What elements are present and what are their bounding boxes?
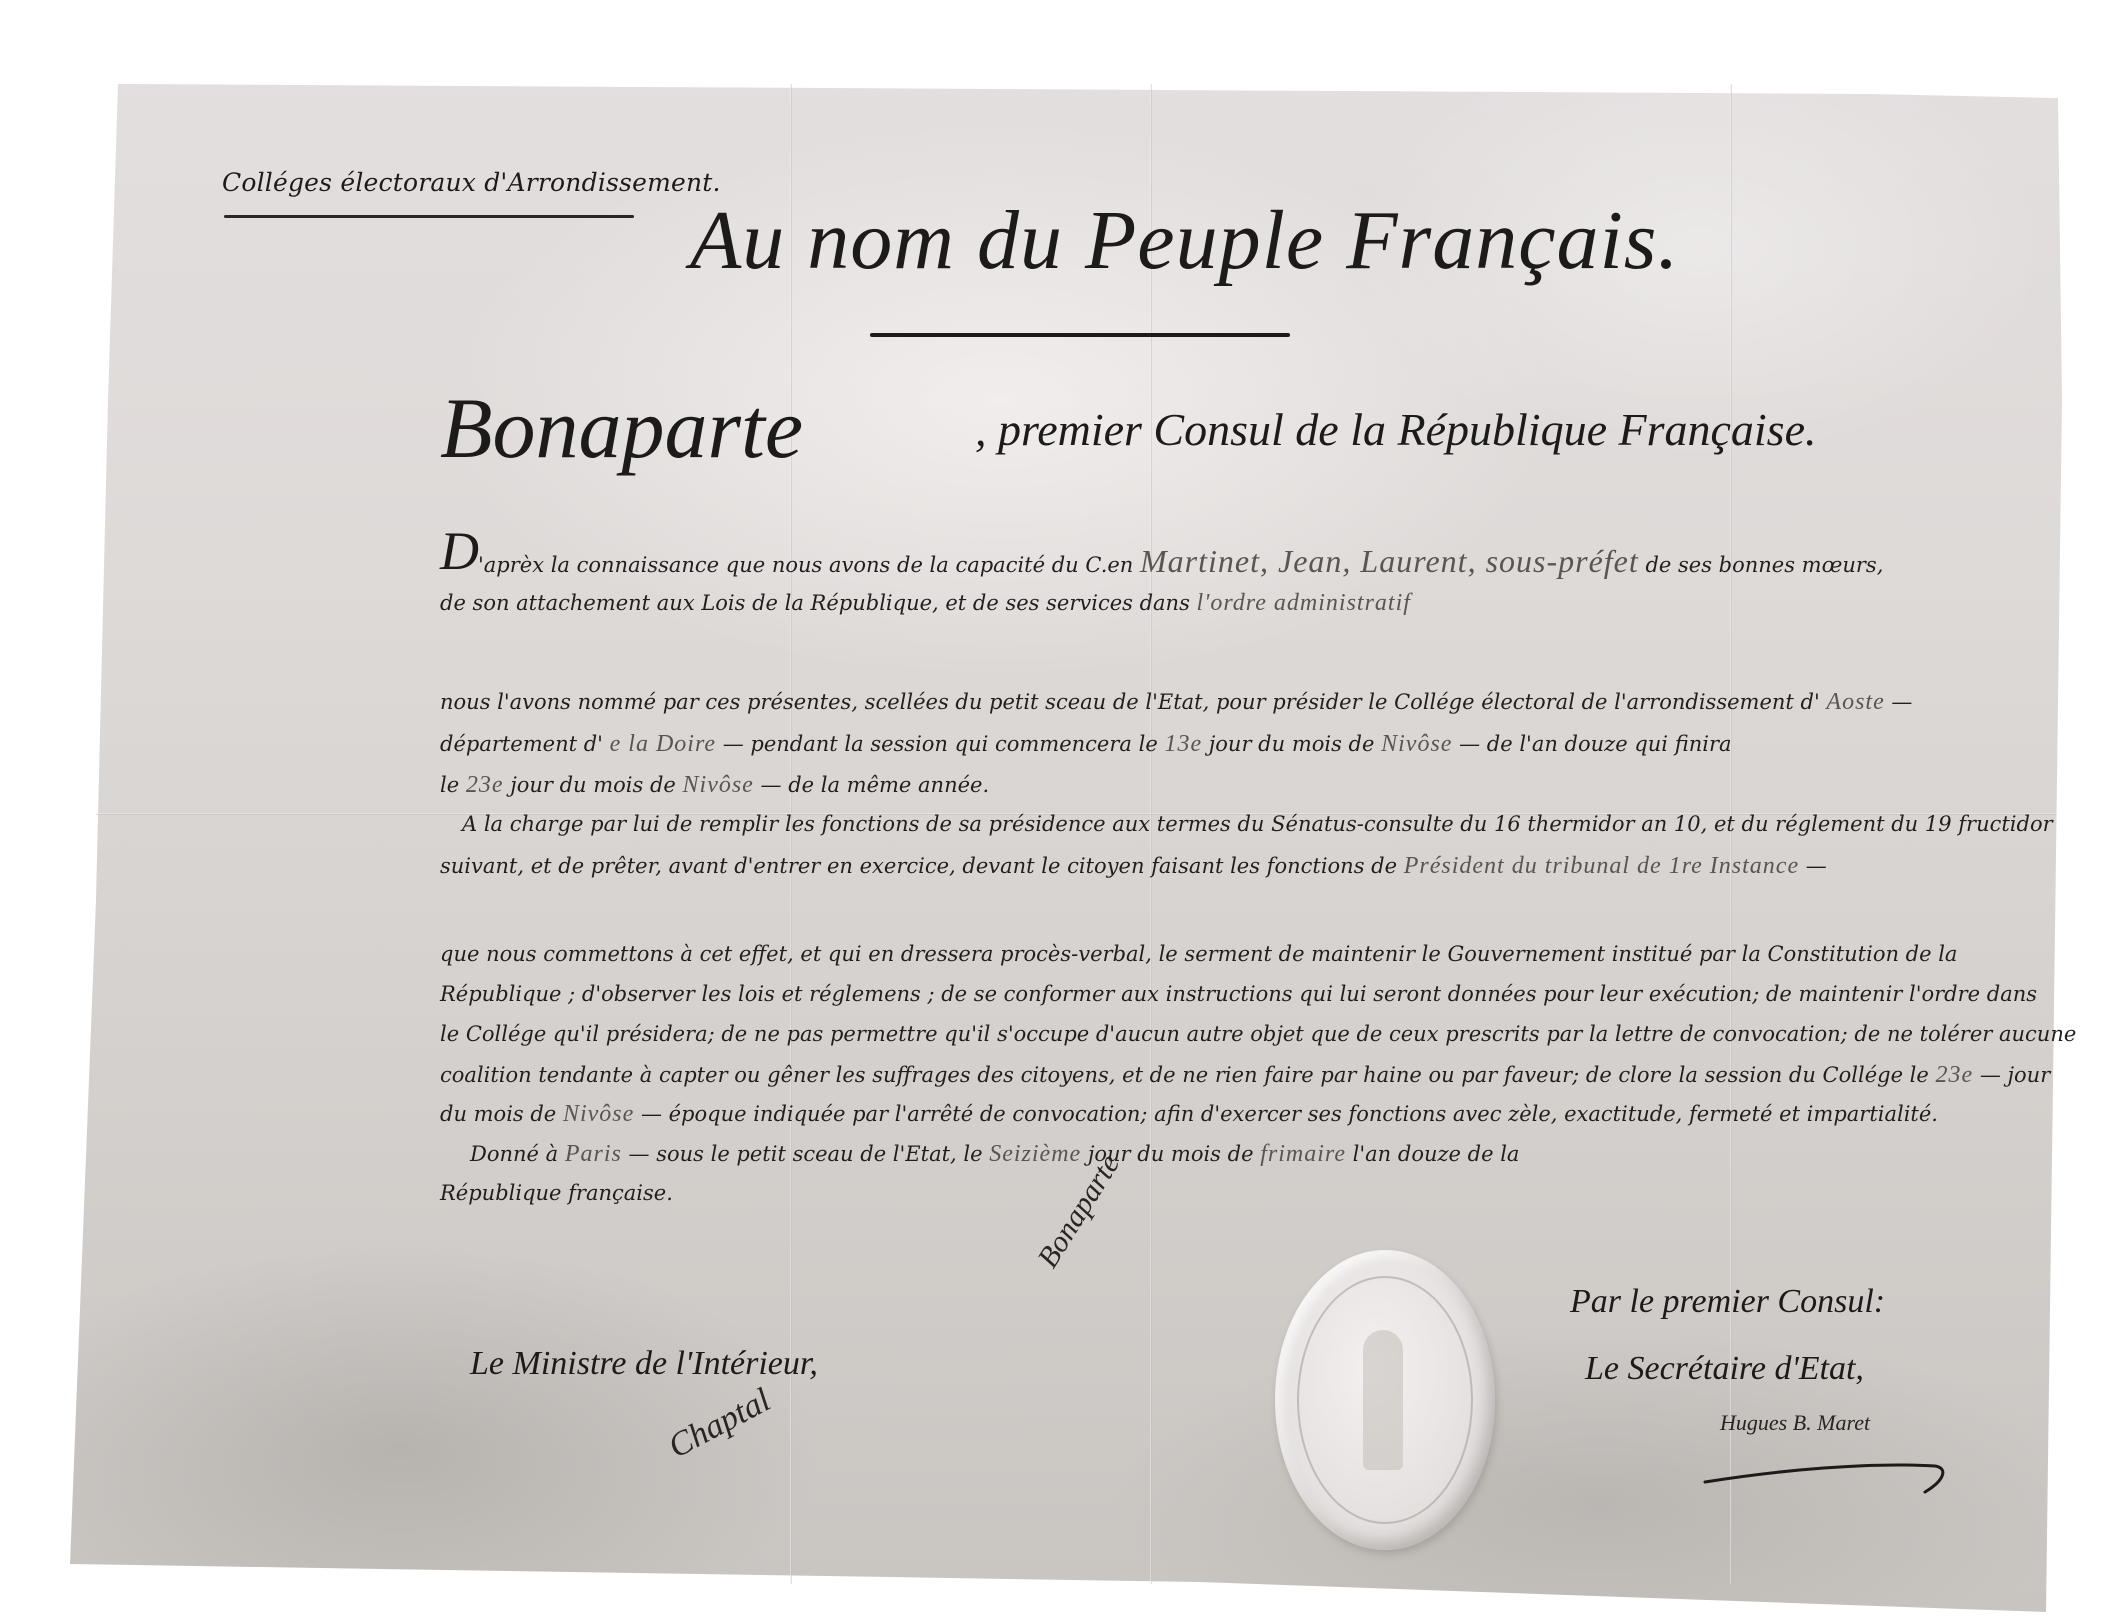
para5-line1-b: sous le petit sceau de l'Etat, le: [656, 1142, 982, 1166]
minister-label: Le Ministre de l'Intérieur,: [470, 1345, 818, 1383]
para2-line2-c: jour du mois de: [1209, 732, 1375, 756]
para2-line3-c: de la même année.: [788, 773, 989, 797]
para2-line3-a: le: [440, 773, 459, 797]
para4-line1: que nous commettons à cet effet, et qui …: [440, 942, 1957, 966]
para5-line1-hand-c: frimaire: [1260, 1141, 1346, 1167]
para3-line1: A la charge par lui de remplir les fonct…: [462, 812, 2053, 836]
para1-line2: de son attachement aux Lois de la Républ…: [440, 590, 1411, 617]
para3-line2-hand: Président du tribunal de 1re Instance: [1404, 853, 1799, 879]
para5-line1-hand-b: Seizième: [989, 1141, 1081, 1167]
para1-line1-hand: Martinet, Jean, Laurent, sous-préfet: [1140, 543, 1639, 579]
secretary-signature: Hugues B. Maret: [1720, 1410, 1870, 1436]
para2-line3: le 23e jour du mois de Nivôse — de la mê…: [440, 772, 989, 799]
secretaire-label: Le Secrétaire d'Etat,: [1585, 1350, 1864, 1388]
para2-line2-a: département d': [440, 732, 603, 756]
para4-line2: République ; d'observer les lois et régl…: [440, 982, 2037, 1006]
para3-line2: suivant, et de prêter, avant d'entrer en…: [440, 853, 1827, 880]
para2-line2: département d' e la Doire — pendant la s…: [440, 731, 1732, 758]
para5-line1-a: Donné à: [470, 1142, 558, 1166]
para4-line4: coalition tendante à capter ou gêner les…: [440, 1062, 2050, 1089]
para5-line1-d: l'an douze de la: [1353, 1142, 1520, 1166]
embossed-seal: [1275, 1250, 1495, 1550]
para4-line4-printed: coalition tendante à capter ou gêner les…: [440, 1063, 1929, 1087]
para1-line1: 'aprèx la connaissance que nous avons de…: [478, 543, 1883, 580]
para1-line1-end: de ses bonnes mœurs,: [1645, 553, 1883, 577]
subtitle-name: Bonaparte: [440, 378, 803, 478]
para2-line1: nous l'avons nommé par ces présentes, sc…: [440, 689, 1912, 716]
title-rule: [870, 333, 1290, 337]
document-title: Au nom du Peuple Français.: [690, 192, 1680, 289]
para4-line4-hand: 23e: [1936, 1062, 1974, 1088]
para2-line1-hand: Aoste: [1826, 689, 1884, 715]
para4-line5-b: époque indiquée par l'arrêté de convocat…: [669, 1102, 1938, 1126]
par-premier-consul-label: Par le premier Consul:: [1570, 1283, 1885, 1321]
secretary-paraph-flourish: [1700, 1440, 1960, 1510]
header-rule: [224, 215, 634, 218]
para2-line3-hand-b: Nivôse: [683, 772, 754, 798]
para4-line4-end: jour: [2008, 1063, 2051, 1087]
para4-line5-a: du mois de: [440, 1102, 556, 1126]
para2-line2-hand-c: Nivôse: [1381, 731, 1452, 757]
para4-line3: le Collége qu'il présidera; de ne pas pe…: [440, 1022, 2076, 1046]
para5-line1: Donné à Paris — sous le petit sceau de l…: [470, 1141, 1519, 1168]
para2-line2-hand-b: 13e: [1164, 731, 1202, 757]
subtitle-rest: , premier Consul de la République França…: [975, 403, 1817, 456]
para3-line2-printed: suivant, et de prêter, avant d'entrer en…: [440, 854, 1397, 878]
para2-line3-b: jour du mois de: [510, 773, 676, 797]
dropcap: D: [440, 520, 479, 582]
para4-line5-hand: Nivôse: [563, 1101, 634, 1127]
para2-line3-hand-a: 23e: [466, 772, 504, 798]
header-note: Colléges électoraux d'Arrondissement.: [222, 168, 721, 197]
para2-line2-b: pendant la session qui commencera le: [750, 732, 1157, 756]
para5-line2: République française.: [440, 1181, 673, 1205]
seal-figure-icon: [1363, 1330, 1403, 1470]
para2-line1-printed: nous l'avons nommé par ces présentes, sc…: [440, 690, 1820, 714]
para5-line1-hand-a: Paris: [565, 1141, 622, 1167]
para4-line5: du mois de Nivôse — époque indiquée par …: [440, 1101, 1938, 1128]
para1-line2-hand: l'ordre administratif: [1197, 590, 1411, 616]
para2-line2-d: de l'an douze qui finira: [1487, 732, 1732, 756]
para2-line2-hand-a: e la Doire: [610, 731, 716, 757]
para1-line1-printed: 'aprèx la connaissance que nous avons de…: [478, 553, 1133, 577]
para1-line2-printed: de son attachement aux Lois de la Républ…: [440, 591, 1190, 615]
